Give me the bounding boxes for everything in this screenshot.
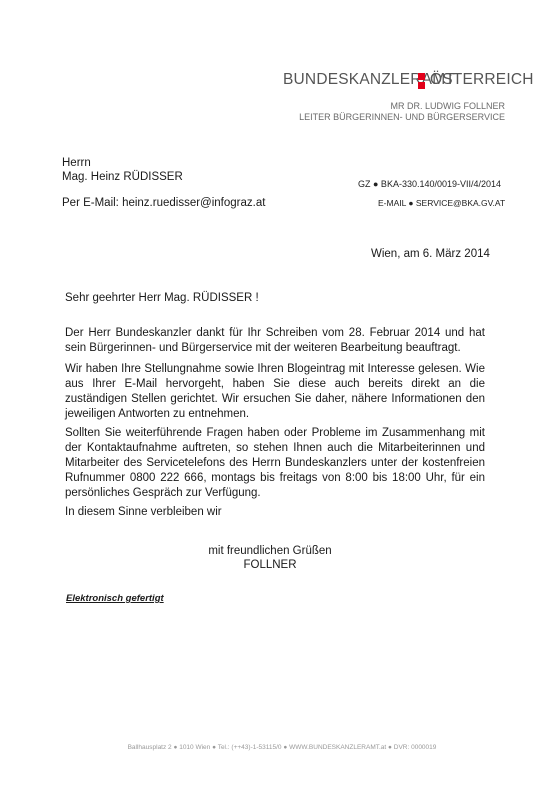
greeting: Sehr geehrter Herr Mag. RÜDISSER ! [65,291,485,306]
paragraph: In diesem Sinne verbleiben wir [65,505,485,520]
recipient-salutation: Herrn [62,156,183,170]
austria-logo-icon [418,71,426,89]
reference-number: GZ ● BKA-330.140/0019-VII/4/2014 [358,179,501,189]
recipient-name: Mag. Heinz RÜDISSER [62,170,183,184]
letter-date: Wien, am 6. März 2014 [371,248,490,260]
paragraph: Wir haben Ihre Stellungnahme sowie Ihren… [65,362,485,422]
sender-title: LEITER BÜRGERINNEN- UND BÜRGERSERVICE [299,112,505,123]
electronic-signature-note: Elektronisch gefertigt [66,593,164,604]
sender-block: MR DR. LUDWIG FOLLNER LEITER BÜRGERINNEN… [299,101,505,123]
letterhead-logo: BUNDESKANZLERAMT ÖSTERREICH [283,71,505,89]
paragraph: Der Herr Bundeskanzler dankt für Ihr Sch… [65,326,485,356]
closing-regards: mit freundlichen Grüßen [200,544,340,558]
paragraph: Sollten Sie weiterführende Fragen haben … [65,426,485,501]
closing-block: mit freundlichen Grüßen FOLLNER [200,544,340,572]
sender-name: MR DR. LUDWIG FOLLNER [299,101,505,112]
signature: FOLLNER [200,558,340,572]
recipient-address: Herrn Mag. Heinz RÜDISSER [62,156,183,184]
org-name-right: ÖSTERREICH [430,71,534,89]
footer: Ballhausplatz 2 ● 1010 Wien ● Tel.: (++4… [124,744,440,751]
service-email: E-MAIL ● SERVICE@BKA.GV.AT [378,198,505,208]
recipient-email: Per E-Mail: heinz.ruedisser@infograz.at [62,197,265,209]
